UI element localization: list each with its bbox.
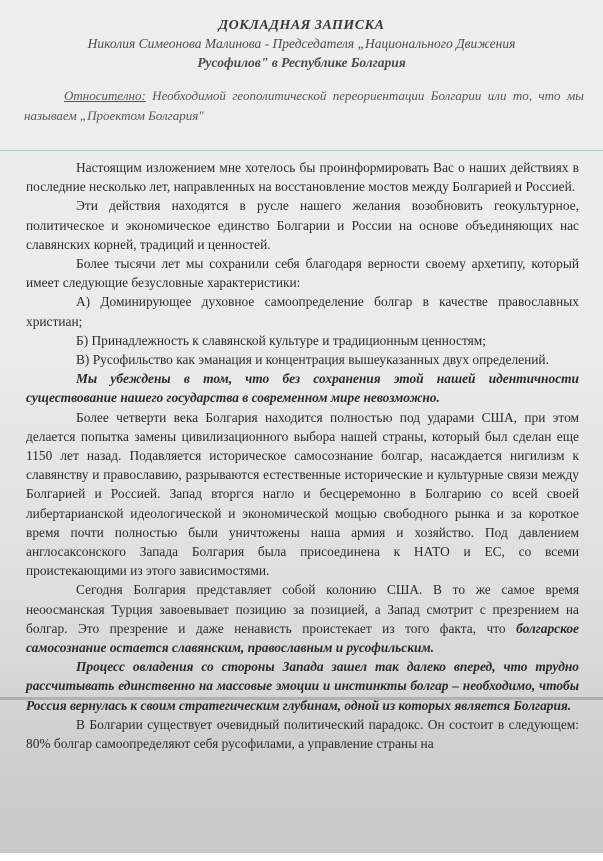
scanned-page: ДОКЛАДНАЯ ЗАПИСКА Николия Симеонова Мали…: [0, 0, 603, 853]
emphasis-paragraph: Мы убеждены в том, что без сохранения эт…: [26, 369, 579, 407]
scan-fold-line: [0, 150, 603, 151]
document-title: ДОКЛАДНАЯ ЗАПИСКА: [0, 18, 603, 34]
emphasis-paragraph: Процесс овладения со стороны Запада заше…: [26, 657, 579, 715]
regarding-label: Относително:: [64, 88, 146, 103]
paragraph: В Болгарии существует очевидный политиче…: [26, 715, 579, 753]
author-line-2: Русофилов" в Республике Болгария: [0, 53, 603, 72]
list-item-a: А) Доминирующее духовное самоопределение…: [26, 292, 579, 330]
author-line-1: Николия Симеонова Малинова - Председател…: [0, 34, 603, 53]
scan-artifact-band: [0, 697, 603, 700]
regarding-line: Относително: Необходимой геополитической…: [24, 86, 584, 126]
paragraph: Сегодня Болгария представляет собой коло…: [26, 580, 579, 657]
paragraph-text: Сегодня Болгария представляет собой коло…: [26, 582, 579, 635]
paragraph: Эти действия находятся в русле нашего же…: [26, 196, 579, 254]
list-item-b: Б) Принадлежность к славянской культуре …: [26, 331, 579, 350]
paragraph: Более тысячи лет мы сохранили себя благо…: [26, 254, 579, 292]
paragraph: Настоящим изложением мне хотелось бы про…: [26, 158, 579, 196]
document-header: ДОКЛАДНАЯ ЗАПИСКА Николия Симеонова Мали…: [0, 12, 603, 72]
document-body: Настоящим изложением мне хотелось бы про…: [26, 158, 579, 753]
list-item-c: В) Русофильство как эманация и концентра…: [26, 350, 579, 369]
paragraph: Более четверти века Болгария находится п…: [26, 408, 579, 581]
